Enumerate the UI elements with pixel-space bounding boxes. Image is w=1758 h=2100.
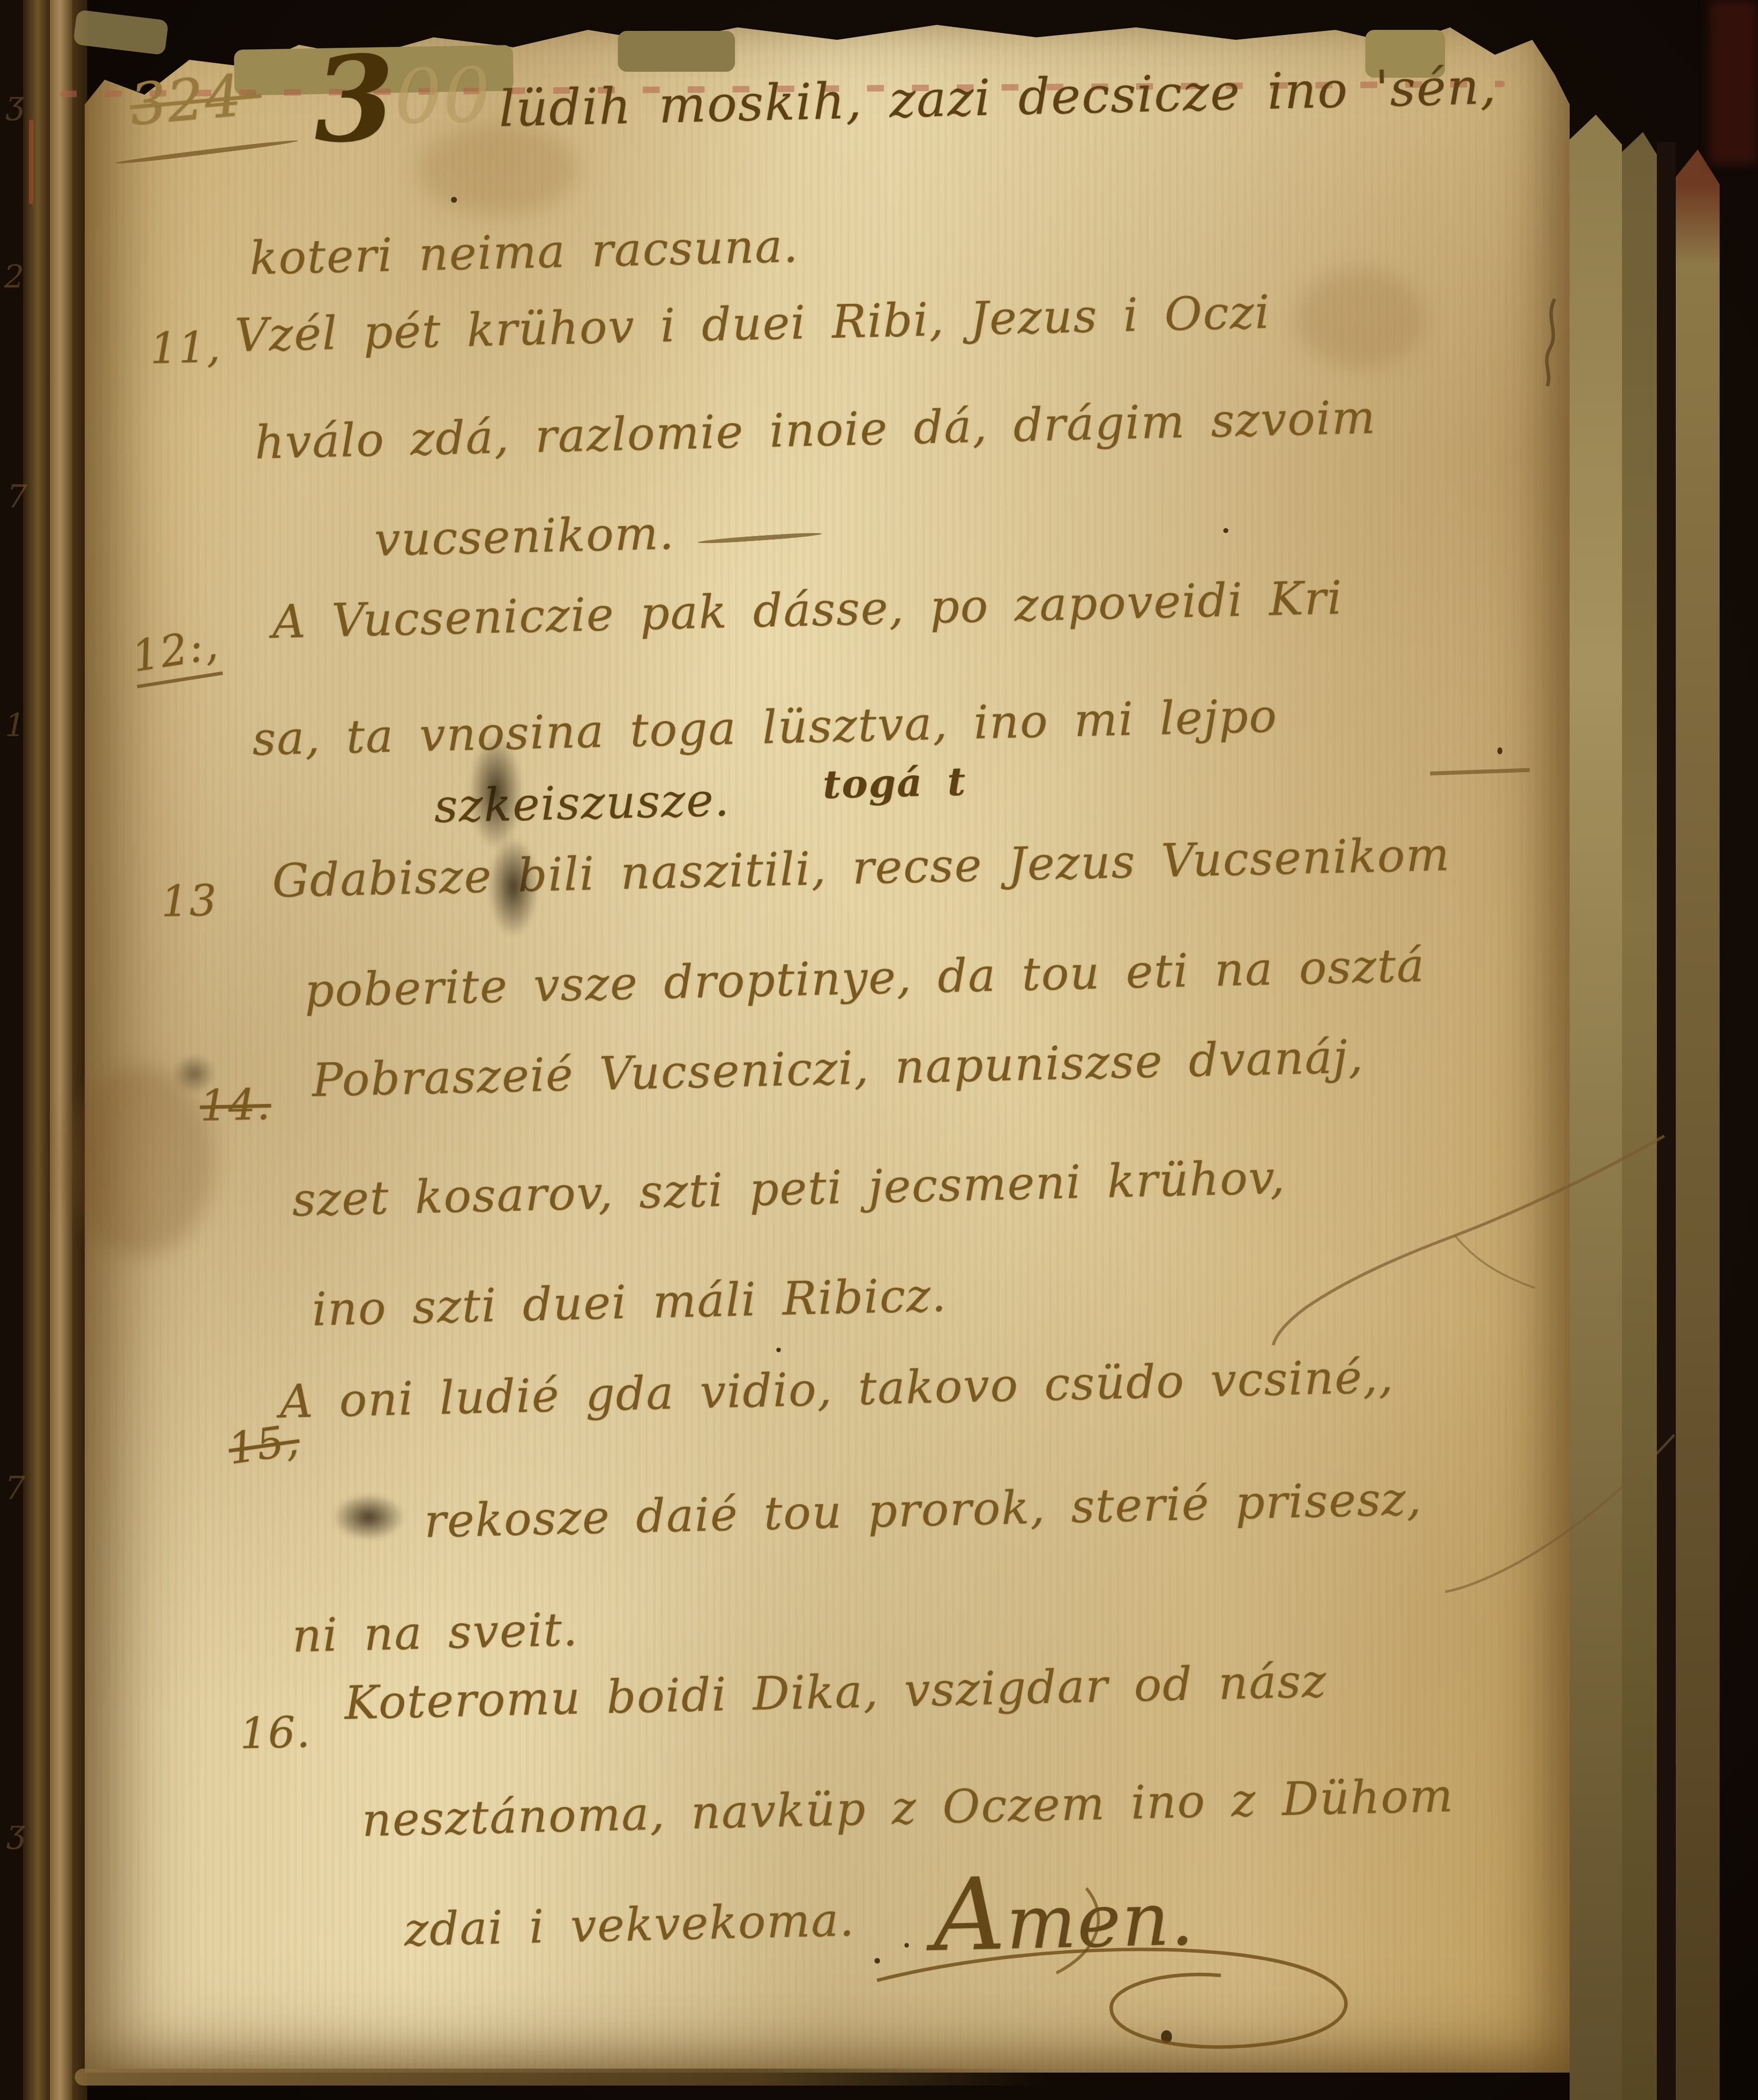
torn-page-strip [1570,115,1622,2100]
ink-dot [451,197,457,203]
ink-dot [1161,2030,1172,2043]
page-edge-mark: 2 [4,259,24,296]
page-edge-mark: 1 [5,707,25,744]
page-edge-mark: ʒ [7,1814,25,1850]
page-edge-mark: 7 [5,1470,25,1507]
scribbled-out-word [319,1485,419,1549]
struck-page-number: 324· [127,61,264,139]
red-page-edge-mark [29,120,33,204]
ink-blot [478,817,548,957]
ink-dot [875,1958,880,1963]
text-line: ni na sveit. [292,1603,579,1663]
verse-number-13: 13 [160,875,218,927]
stacked-page-edges [23,0,50,2100]
bottom-page-edges [75,2069,1046,2086]
torn-page-strip [1676,149,1720,2100]
page-edge-mark: ʒ [6,85,24,122]
verse-number-11: 11, [149,322,222,374]
ink-dot [1497,747,1502,754]
corrected-number: 3 [311,39,398,159]
text-line: zdai i vekvekoma. [404,1893,856,1956]
ink-blot [164,1046,224,1101]
verse-number-16: 16. [239,1707,311,1759]
ink-stain [1296,269,1425,369]
manuscript-scan: ʒ 2 7 1 7 ʒ 324· 3 00 11, 12:, 13 14. 15… [0,0,1758,2100]
interlinear-insertion: togá t [822,759,967,808]
book-spine-edge [0,0,23,2100]
page-crevice [1657,142,1676,2100]
amen-word: Amen. [932,1852,1196,1974]
binding-shadow [1709,0,1758,164]
torn-page-strip [1622,132,1657,2100]
faint-number: 00 [394,58,492,135]
torn-edge-remnant [73,9,168,55]
page-edge-mark: 7 [7,478,27,515]
stacked-page-edges [50,0,72,2100]
ink-dot [904,1943,909,1948]
ink-dot [1223,528,1228,533]
ink-dot [776,1348,781,1352]
torn-edge-remnant [618,31,735,72]
text-line: vucsenikom. [374,506,675,566]
